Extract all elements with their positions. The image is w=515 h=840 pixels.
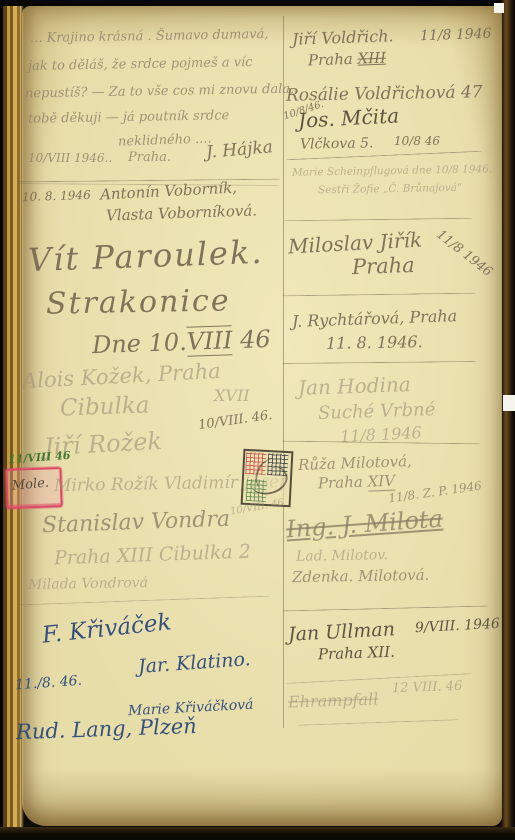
signature: Růža Milotová, <box>298 454 412 473</box>
red-mark-note: Mole. <box>11 476 49 494</box>
signature-address: Suché Vrbné <box>318 401 436 423</box>
signature-city: Praha XIV <box>318 474 395 492</box>
signature-address: Vlčkova 5. <box>300 136 374 151</box>
poem-line: jak to děláš, že srdce pojmeš a víc <box>28 56 253 73</box>
entry-date: 10. 8. 1946 <box>22 189 91 203</box>
entry-date: Dne 10.VIII 46 <box>92 327 271 357</box>
poem-line: ... Krajino krásná . Šumavo dumavá, <box>30 28 269 45</box>
entry-date: 11/8 1946 <box>340 425 422 445</box>
signature: Jiří Voldřich. <box>292 28 394 48</box>
signature-city: Praha <box>352 255 415 278</box>
signature: Vít Paroulek. <box>28 236 264 276</box>
district: XIV <box>367 472 395 492</box>
poem-date: 10/VIII 1946.. <box>28 152 112 164</box>
scan-artifact <box>494 3 504 13</box>
roman-numeral: VIII <box>186 325 233 357</box>
signature: Ehrampfall <box>288 691 379 710</box>
signature: Jan Hodina <box>298 374 411 398</box>
column-rule <box>283 16 284 728</box>
poem-line: tobě děkuji — já poutník srdce <box>28 109 229 126</box>
signature: Jos. Mčita <box>298 105 400 130</box>
scan-edge-top <box>0 0 515 6</box>
scan-edge-right <box>501 0 515 840</box>
book-binding <box>20 0 24 840</box>
scan-edge-bottom <box>0 827 515 840</box>
signature: Lad. Milotov. <box>296 548 388 564</box>
poem-place: Praha. <box>128 151 171 164</box>
signature: Milada Vondrová <box>28 576 148 592</box>
district: XIII <box>357 49 386 68</box>
drawn-stamp <box>241 449 294 508</box>
poem-line: neklidného .... <box>118 132 212 148</box>
entry-date: 12 VIII. 46 <box>392 680 463 695</box>
entry-date: 9/VIII. 1946 <box>415 617 500 635</box>
signature-city: Praha XII. <box>318 645 395 663</box>
signature-city: Strakonice <box>46 286 231 319</box>
signature: Sestři Žofie „Č. Brůnajová“ <box>318 183 463 196</box>
entry-date: 10/8 46 <box>394 135 440 147</box>
guestbook-page-scan: ... Krajino krásná . Šumavo dumavá, jak … <box>0 0 515 840</box>
entry-date: 11/8 1946 <box>420 27 492 43</box>
district: XVII <box>214 388 250 404</box>
entry-date: 11. 8. 1946. <box>326 334 423 352</box>
scan-artifact <box>503 395 515 411</box>
signature: Zdenka. Milotová. <box>292 568 430 585</box>
signature-city: Praha XIII <box>308 51 387 69</box>
signature: Cibulka <box>60 394 150 420</box>
